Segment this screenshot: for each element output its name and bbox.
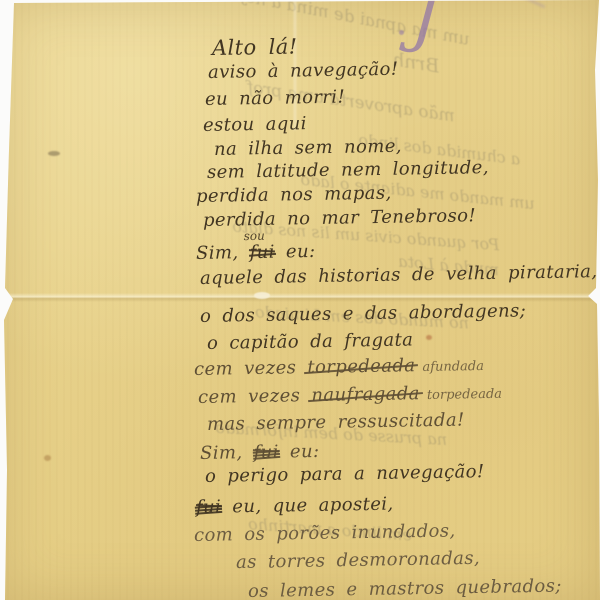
struck-word: fui <box>253 442 279 463</box>
poem-text: eu: <box>279 441 320 463</box>
poem-line: sem latitude nem longitude, <box>207 157 489 184</box>
poem-line-with-correction: fui eu, que apostei, <box>196 494 394 519</box>
poem-text: eu: <box>275 241 316 263</box>
struck-word: torpedeada <box>307 355 415 378</box>
manuscript-page: um ma apnai de mina a hoj Brnh mão aprov… <box>0 0 600 600</box>
poem-line-with-correction: cem vezes torpedeadaafundada <box>194 354 484 381</box>
poem-line: os lemes e mastros quebrados; <box>248 576 562 600</box>
poem-line: mas sempre ressuscitada! <box>207 410 465 436</box>
pencil-dash <box>521 0 546 8</box>
poem-text: cem vezes <box>198 385 312 408</box>
stain-spot <box>44 455 51 461</box>
poem-line: perdida nos mapas, <box>196 183 392 208</box>
poem-line: aviso à navegação! <box>208 59 399 84</box>
inserted-word-above: sou <box>244 229 265 244</box>
poem-line: estou aqui <box>203 113 307 136</box>
poem-line: perdida no mar Tenebroso! <box>203 205 476 231</box>
struck-word: naufragada <box>311 383 420 406</box>
poem-text: cem vezes <box>194 357 308 380</box>
poem-line: as torres desmoronadas, <box>236 548 480 574</box>
struck-word: fui <box>249 242 275 263</box>
poem-line: aquele das historias de velha pirataria, <box>200 261 598 290</box>
poem-line: o dos saques e das abordagens; <box>200 300 527 327</box>
poem-text: eu, que apostei, <box>221 494 394 518</box>
poem-line: Alto lá! <box>212 35 298 62</box>
pencil-dot <box>399 30 404 35</box>
poem-text: Sim, <box>200 442 254 464</box>
poem-line-with-correction: cem vezes naufragadatorpedeada <box>198 382 502 409</box>
stain-spot <box>48 151 60 156</box>
inserted-word: afundada <box>422 359 484 375</box>
fold-tear-chip <box>254 292 270 299</box>
poem-line-with-correction: Sim, fui eu: <box>200 441 320 465</box>
poem-line: eu não morri! <box>205 87 346 111</box>
struck-word: fui <box>196 497 222 518</box>
pencil-mark-j: J <box>409 0 440 57</box>
poem-line: o capitão da fragata <box>207 329 414 354</box>
poem-line: com os porões inundados, <box>194 520 456 546</box>
poem-line: na ilha sem nome, <box>214 136 402 161</box>
poem-text: Sim, <box>196 242 250 264</box>
poem-line: o perigo para a navegação! <box>205 461 485 487</box>
poem-line-with-correction: Sim, fuisou eu: <box>196 241 316 265</box>
inserted-word: torpedeada <box>427 387 502 403</box>
stain-spot <box>426 335 432 340</box>
